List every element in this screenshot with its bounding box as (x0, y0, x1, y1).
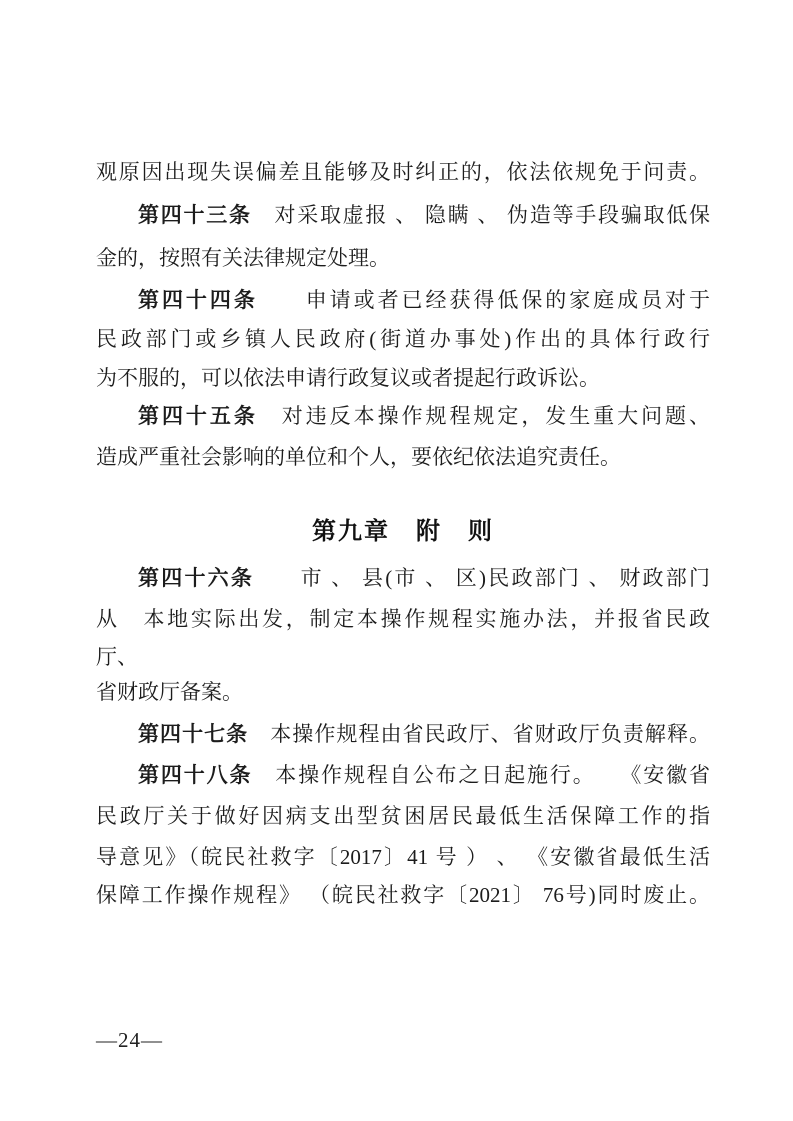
article-text: 对采取虚报 、 隐瞒 、 伪造等手段骗取低保 (252, 203, 710, 227)
text-line: 民政厅关于做好因病支出型贫困居民最低生活保障工作的指 (96, 800, 710, 832)
article-number: 第四十六条 (138, 567, 254, 590)
text-line: 省财政厅备案。 (96, 676, 710, 708)
text-line: 从 本地实际出发，制定本操作规程实施办法，并报省民政 (96, 603, 710, 635)
text-line: 为不服的，可以依法申请行政复议或者提起行政诉讼。 (96, 362, 710, 394)
article-number: 第四十五条 (138, 405, 258, 428)
page-number: —24— (96, 1026, 163, 1054)
text-line: 厅、 (96, 641, 710, 673)
article-text: 市 、 县(市 、 区)民政部门 、 财政部门 (254, 566, 710, 590)
text-line: 民政部门或乡镇人民政府(街道办事处)作出的具体行政行 (96, 323, 710, 355)
article-text: 对违反本操作规程规定，发生重大问题、 (258, 404, 710, 428)
article-number: 第四十四条 (138, 289, 258, 312)
article-line: 第四十三条 对采取虚报 、 隐瞒 、 伪造等手段骗取低保 (138, 199, 710, 232)
article-line: 第四十七条 本操作规程由省民政厅、省财政厅负责解释。 (138, 718, 710, 751)
article-number: 第四十七条 (138, 723, 248, 746)
article-text: 本操作规程由省民政厅、省财政厅负责解释。 (248, 722, 710, 746)
article-text: 申请或者已经获得低保的家庭成员对于 (258, 288, 710, 312)
text-line: 导意见》（皖民社救字〔2017〕41 号 ） 、 《安徽省最低生活 (96, 841, 710, 873)
text-line: 保障工作操作规程》 （皖民社救字〔2021〕 76号)同时废止。 (96, 879, 710, 911)
text-line: 造成严重社会影响的单位和个人，要依纪依法追究责任。 (96, 441, 710, 473)
article-number: 第四十八条 (138, 764, 252, 787)
article-line: 第四十六条 市 、 县(市 、 区)民政部门 、 财政部门 (138, 562, 710, 595)
chapter-heading: 第九章 附 则 (96, 516, 710, 548)
article-line: 第四十八条 本操作规程自公布之日起施行。 《安徽省 (138, 759, 710, 792)
article-line: 第四十四条 申请或者已经获得低保的家庭成员对于 (138, 284, 710, 317)
article-number: 第四十三条 (138, 204, 252, 227)
article-line: 第四十五条 对违反本操作规程规定，发生重大问题、 (138, 400, 710, 433)
text-line: 观原因出现失误偏差且能够及时纠正的，依法依规免于问责。 (96, 156, 710, 188)
document-body: 观原因出现失误偏差且能够及时纠正的，依法依规免于问责。 第四十三条 对采取虚报 … (96, 0, 710, 1121)
document-page: 观原因出现失误偏差且能够及时纠正的，依法依规免于问责。 第四十三条 对采取虚报 … (0, 0, 793, 1121)
article-text: 本操作规程自公布之日起施行。 《安徽省 (252, 763, 710, 787)
text-line: 金的，按照有关法律规定处理。 (96, 242, 710, 274)
